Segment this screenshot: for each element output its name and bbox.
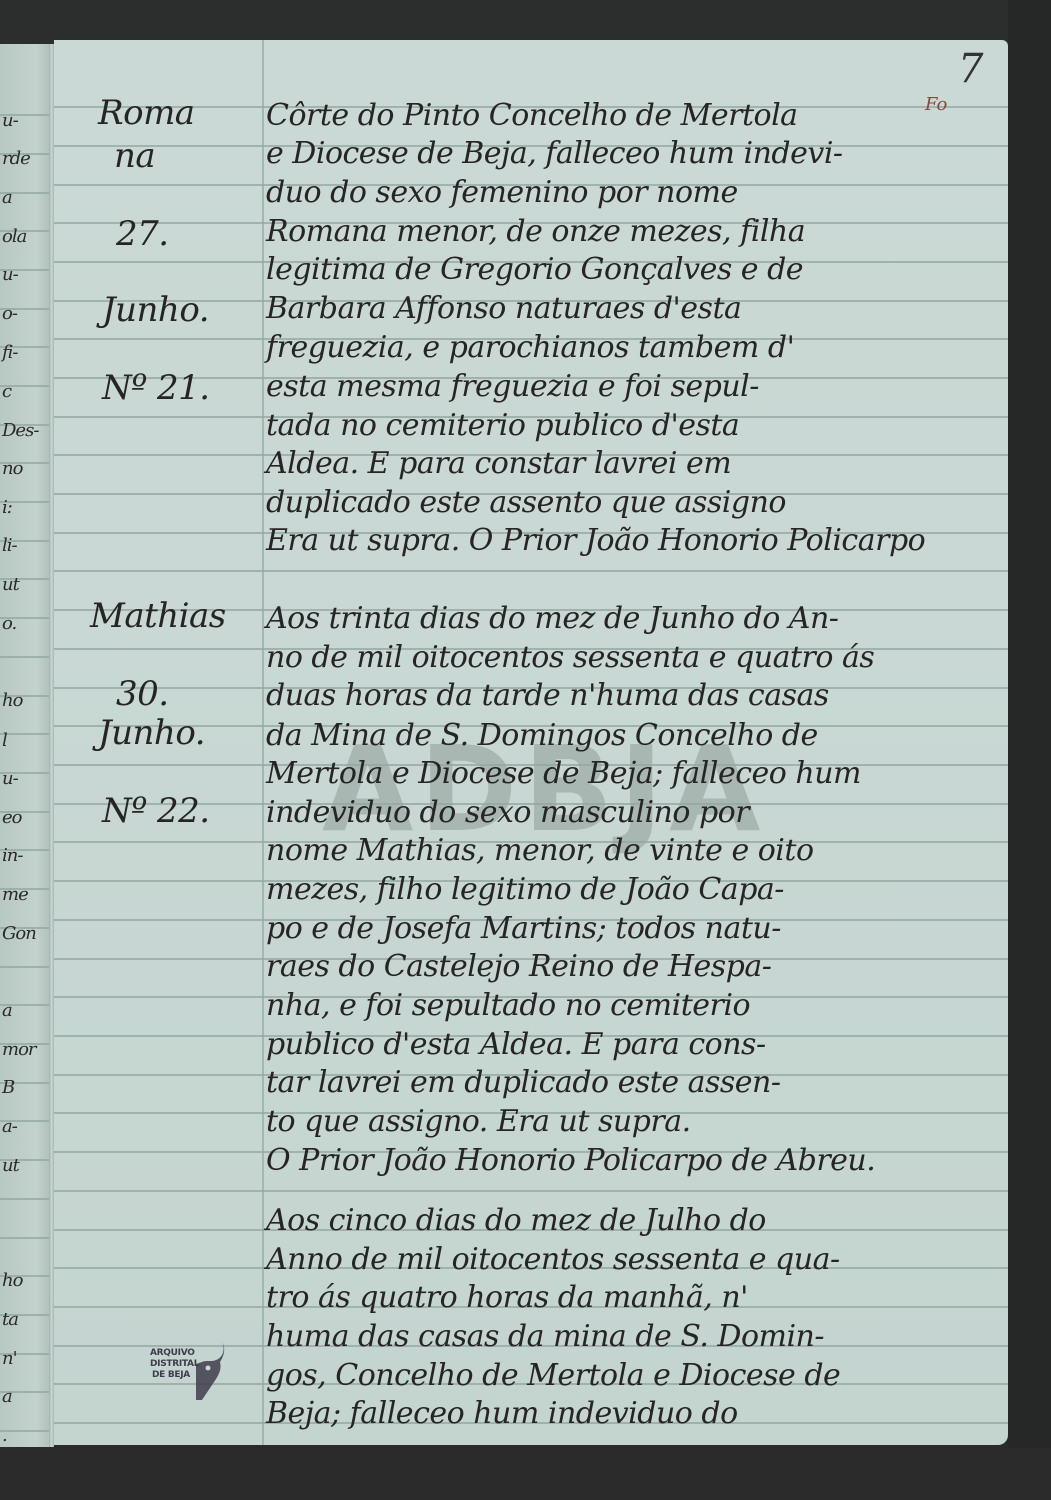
stamp-text: ARQUIVO DISTRITAL DE BEJA [150, 1348, 192, 1381]
previous-page-fragment: Gon [2, 923, 36, 944]
previous-page-fragment: me [2, 884, 28, 905]
ruled-line [0, 1430, 52, 1432]
previous-page-fragment: li- [2, 535, 17, 556]
margin-note: na [114, 136, 155, 176]
previous-page-fragment: ho [2, 690, 22, 711]
entry-text-line: esta mesma freguezia e foi sepul- [266, 369, 759, 404]
entry-text-line: indeviduo do sexo masculino por [266, 795, 749, 830]
scan-right-border [1008, 0, 1051, 1500]
entry-text-line: Era ut supra. O Prior João Honorio Polic… [266, 523, 925, 558]
entry-text-line: tada no cemiterio publico d'esta [266, 408, 739, 443]
previous-page-fragment: o. [2, 613, 16, 634]
previous-page-fragment: B [2, 1077, 14, 1098]
entry-text-line: e Diocese de Beja, falleceo hum indevi- [266, 136, 843, 171]
folio-number: 7 [958, 46, 983, 92]
margin-rule [262, 40, 264, 1445]
entry-text-line: duas horas da tarde n'huma das casas [266, 678, 829, 713]
entry-text-line: Barbara Affonso naturaes d'esta [266, 291, 741, 326]
margin-note: 27. [116, 214, 169, 254]
entry-text-line: freguezia, e parochianos tambem d' [266, 330, 794, 365]
previous-page-fragment: n' [2, 1348, 17, 1369]
folio-annotation: Fo [925, 94, 947, 115]
entry-text-line: huma das casas da mina de S. Domin- [266, 1319, 824, 1354]
entry-text-line: nome Mathias, menor, de vinte e oito [266, 833, 814, 868]
stamp-line: DE BEJA [150, 1370, 192, 1381]
previous-page-fragment: no [2, 458, 22, 479]
ruled-line [0, 656, 52, 658]
entry-text-line: raes do Castelejo Reino de Hespa- [266, 949, 771, 984]
ruled-line [0, 966, 52, 968]
bull-head-icon [192, 1342, 228, 1402]
previous-page-fragment: c [2, 381, 11, 402]
entry-text-line: to que assigno. Era ut supra. [266, 1104, 691, 1139]
entry-text-line: po e de Josefa Martins; todos natu- [266, 911, 781, 946]
ruled-line [54, 1190, 1008, 1192]
previous-page-fragment: a [2, 1386, 12, 1407]
entry-text-line: Anno de mil oitocentos sessenta e qua- [266, 1242, 840, 1277]
previous-page-fragment: eo [2, 807, 22, 828]
entry-text-line: O Prior João Honorio Policarpo de Abreu. [266, 1143, 875, 1178]
margin-note: Nº 21. [102, 368, 210, 408]
entry-text-line: tar lavrei em duplicado este assen- [266, 1065, 781, 1100]
stamp-line: ARQUIVO [150, 1348, 192, 1359]
ruled-line [0, 1237, 52, 1239]
margin-note: Nº 22. [102, 791, 210, 831]
entry-text-line: nha, e foi sepultado no cemiterio [266, 988, 750, 1023]
previous-page-fragment: fi- [2, 342, 18, 363]
scan-bottom-border [0, 1448, 1051, 1500]
previous-page-fragment: in- [2, 845, 22, 866]
entry-text-line: mezes, filho legitimo de João Capa- [266, 872, 784, 907]
previous-page-fragment: u- [2, 768, 18, 789]
entry-text-line: duplicado este assento que assigno [266, 485, 786, 520]
previous-page-fragment: mor [2, 1039, 36, 1060]
previous-page-fragment: ut [2, 1155, 19, 1176]
entry-text-line: tro ás quatro horas da manhã, n' [266, 1280, 748, 1315]
previous-page-fragment: ho [2, 1270, 22, 1291]
entry-text-line: Aos trinta dias do mez de Junho do An- [266, 601, 838, 636]
entry-text-line: legitima de Gregorio Gonçalves e de [266, 252, 803, 287]
entry-text-line: Beja; falleceo hum indeviduo do [266, 1396, 738, 1431]
entry-text-line: no de mil oitocentos sessenta e quatro á… [266, 640, 874, 675]
previous-page-fragment: Des- [2, 420, 38, 441]
ruled-line [54, 570, 1008, 572]
entry-text-line: gos, Concelho de Mertola e Diocese de [266, 1358, 840, 1393]
previous-page-fragment: o- [2, 303, 17, 324]
previous-page-fragment: u- [2, 264, 18, 285]
entry-text-line: Côrte do Pinto Concelho de Mertola [266, 98, 798, 133]
scan-top-border [0, 0, 1051, 44]
previous-page-fragment: u- [2, 110, 18, 131]
stamp-line: DISTRITAL [150, 1359, 192, 1370]
ruled-line [0, 733, 52, 735]
previous-page-fragment: a [2, 187, 12, 208]
previous-page-fragment: ta [2, 1309, 18, 1330]
entry-text-line: Mertola e Diocese de Beja; falleceo hum [266, 756, 861, 791]
entry-text-line: publico d'esta Aldea. E para cons- [266, 1027, 766, 1062]
previous-page-fragment: a [2, 1000, 12, 1021]
entry-text-line: duo do sexo femenino por nome [266, 175, 738, 210]
previous-page-fragment: l [2, 730, 7, 751]
entry-text-line: Aldea. E para constar lavrei em [266, 446, 731, 481]
margin-note: Mathias [90, 596, 226, 636]
previous-page-fragment: . [2, 1425, 7, 1446]
entry-text-line: da Mina de S. Domingos Concelho de [266, 718, 818, 753]
entry-text-line: Aos cinco dias do mez de Julho do [266, 1203, 766, 1238]
archive-stamp: ARQUIVO DISTRITAL DE BEJA [150, 1342, 230, 1417]
previous-page-fragment: i: [2, 497, 12, 518]
previous-page-fragment: ola [2, 226, 26, 247]
previous-page-fragment: ut [2, 574, 19, 595]
entry-text-line: Romana menor, de onze mezes, filha [266, 214, 805, 249]
previous-page-fragment: rde [2, 148, 30, 169]
margin-note: 30. [116, 674, 169, 714]
ruled-line [0, 1198, 52, 1200]
margin-note: Junho. [98, 713, 205, 753]
margin-note: Junho. [102, 290, 209, 330]
previous-page-fragment: a- [2, 1116, 17, 1137]
previous-page-edge: u-rdeaolau-o-fi-cDes-noi:li-uto.holu-eoi… [0, 44, 52, 1447]
manuscript-page: ADBJA Romana27.Junho.Nº 21.Côrte do Pint… [54, 40, 1008, 1445]
margin-note: Roma [98, 93, 195, 133]
